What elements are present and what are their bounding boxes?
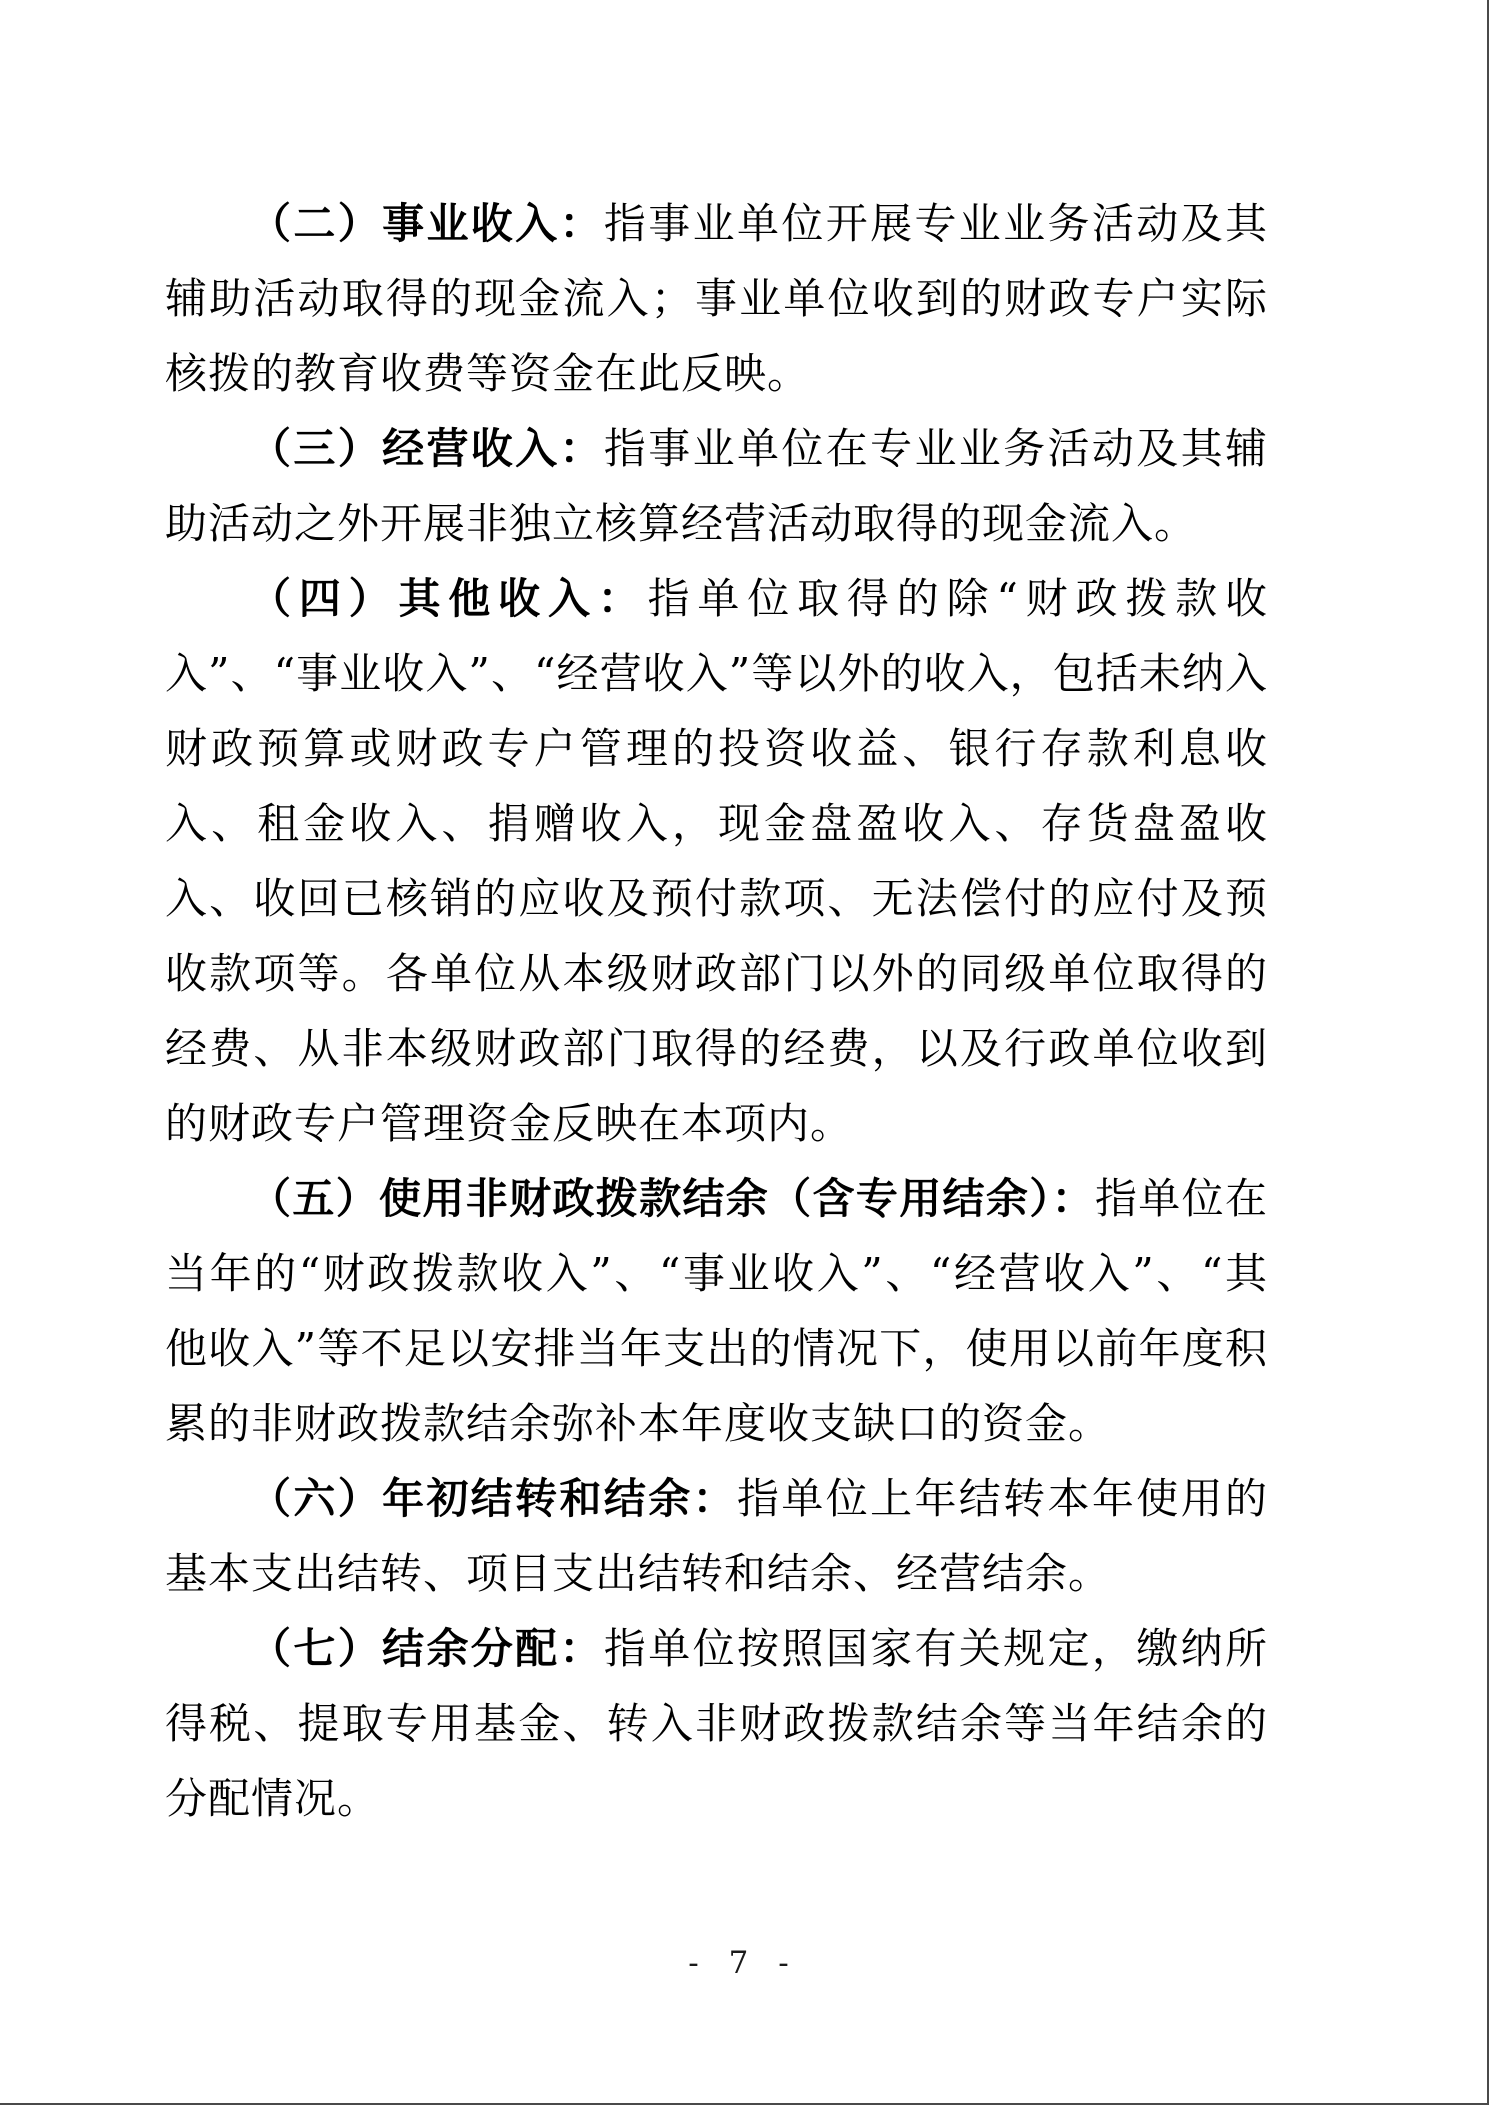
paragraph-3-jingying-shouru: （三）经营收入：指事业单位在专业业务活动及其辅助活动之外开展非独立核算经营活动取… (165, 411, 1268, 561)
paragraph-body: 指单位取得的除“财政拨款收入”、“事业收入”、“经营收入”等以外的收入，包括未纳… (165, 574, 1268, 1148)
body-text: （二）事业收入：指事业单位开展专业业务活动及其辅助活动取得的现金流入；事业单位收… (165, 186, 1268, 1836)
paragraph-heading: （五）使用非财政拨款结余（含专用结余）： (249, 1174, 1095, 1223)
paragraph-6-nianchu-jiezhuan-jieyu: （六）年初结转和结余：指单位上年结转本年使用的基本支出结转、项目支出结转和结余、… (165, 1461, 1268, 1611)
paragraph-heading: （四）其他收入： (249, 574, 648, 623)
paragraph-5-feicaizheng-bokuan-jieyu: （五）使用非财政拨款结余（含专用结余）：指单位在当年的“财政拨款收入”、“事业收… (165, 1161, 1268, 1461)
document-page: （二）事业收入：指事业单位开展专业业务活动及其辅助活动取得的现金流入；事业单位收… (0, 0, 1489, 2105)
paragraph-7-jieyu-fenpei: （七）结余分配：指单位按照国家有关规定，缴纳所得税、提取专用基金、转入非财政拨款… (165, 1611, 1268, 1836)
paragraph-2-shiye-shouru: （二）事业收入：指事业单位开展专业业务活动及其辅助活动取得的现金流入；事业单位收… (165, 186, 1268, 411)
page-number: - 7 - (0, 1940, 1487, 1986)
paragraph-heading: （六）年初结转和结余： (249, 1474, 737, 1523)
paragraph-heading: （七）结余分配： (249, 1624, 604, 1673)
paragraph-heading: （三）经营收入： (249, 424, 604, 473)
paragraph-4-qita-shouru: （四）其他收入：指单位取得的除“财政拨款收入”、“事业收入”、“经营收入”等以外… (165, 561, 1268, 1161)
paragraph-heading: （二）事业收入： (249, 199, 604, 248)
